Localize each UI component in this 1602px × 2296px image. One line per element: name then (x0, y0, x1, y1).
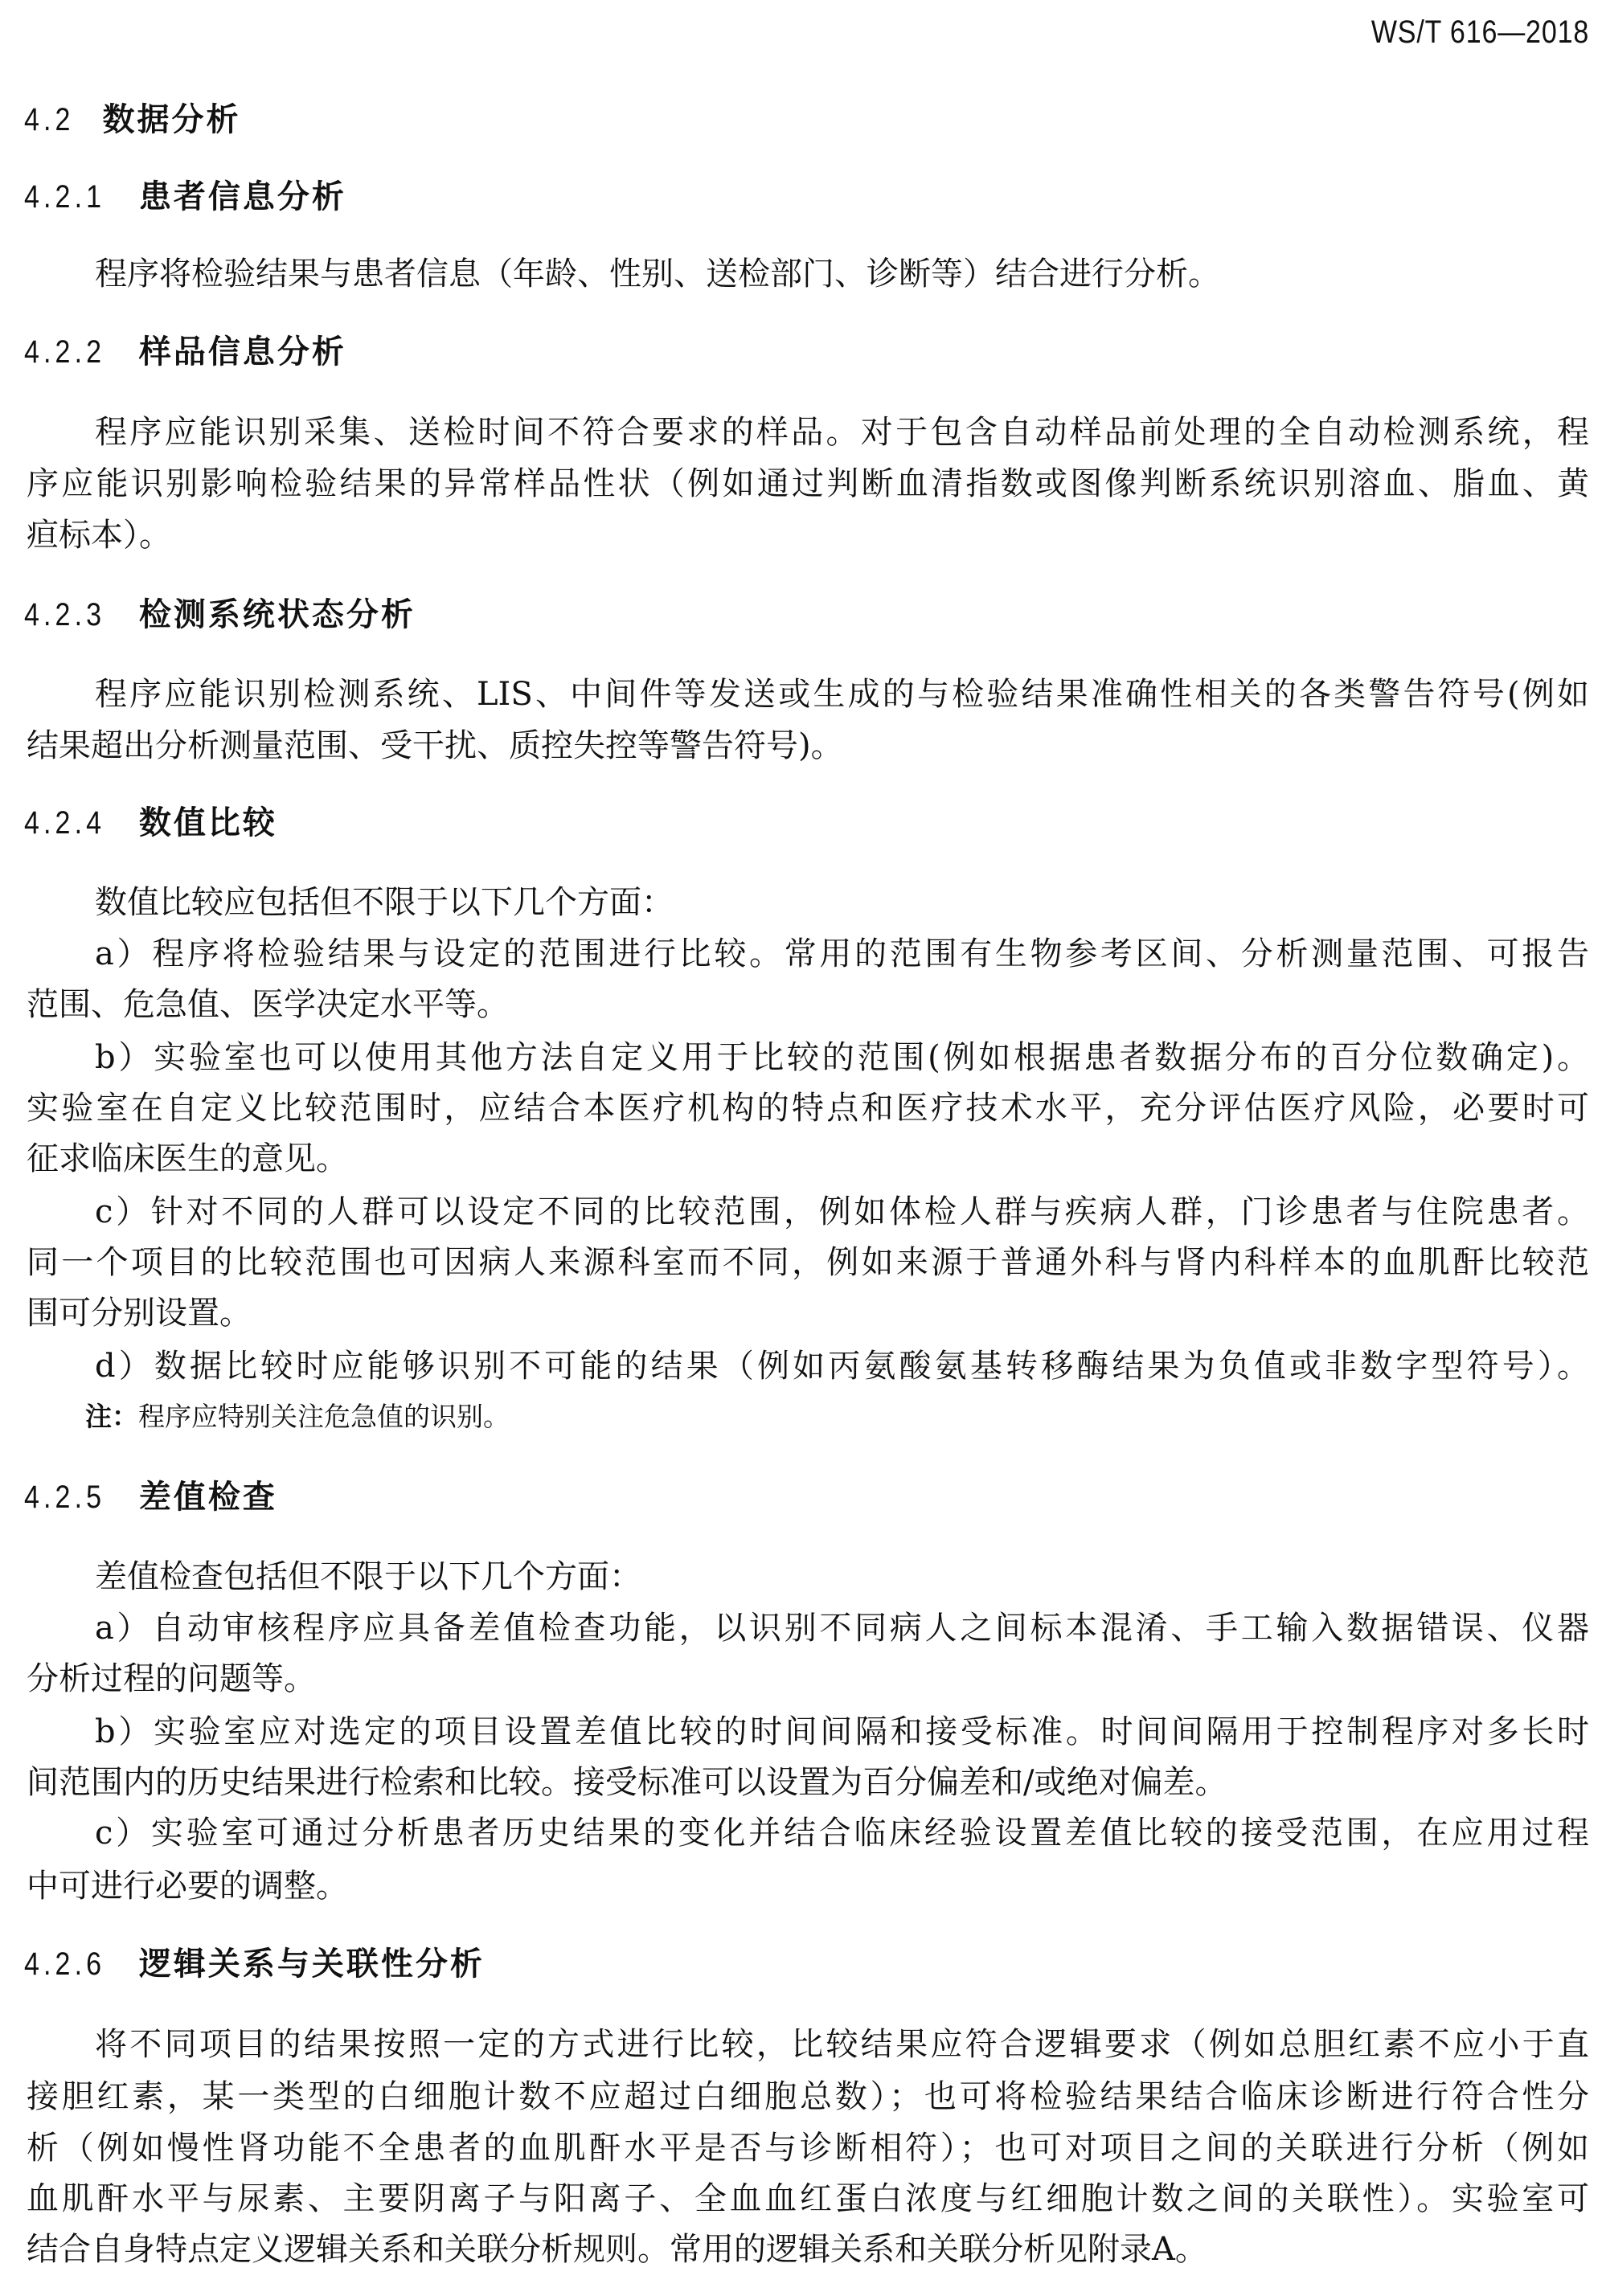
section-heading-4-2-3: 4.2.3 检测系统状态分析 (24, 595, 416, 635)
section-heading-4-2: 4.2 数据分析 (24, 100, 241, 140)
paragraph-line: 序应能识别影响检验结果的异常样品性状（例如通过判断血清指数或图像判断系统识别溶血… (27, 464, 1589, 504)
paragraph-line: 差值检查包括但不限于以下几个方面： (95, 1557, 1589, 1597)
section-title: 患者信息分析 (139, 177, 346, 217)
section-number: 4.2.6 (24, 1944, 105, 1984)
section-title: 逻辑关系与关联性分析 (139, 1944, 485, 1984)
paragraph-line: 疸标本）。 (27, 515, 1589, 555)
list-item-a: a）自动审核程序应具备差值检查功能，以识别不同病人之间标本混淆、手工输入数据错误… (95, 1608, 1589, 1648)
paragraph-line: 血肌酐水平与尿素、主要阴离子与阳离子、全血血红蛋白浓度与红细胞计数之间的关联性）… (27, 2179, 1589, 2219)
section-number: 4.2.4 (24, 803, 105, 843)
section-heading-4-2-4: 4.2.4 数值比较 (24, 803, 277, 843)
paragraph-line: 同一个项目的比较范围也可因病人来源科室而不同，例如来源于普通外科与肾内科样本的血… (27, 1242, 1589, 1283)
note: 注：程序应特别关注危急值的识别。 (85, 1399, 510, 1434)
section-title: 差值检查 (139, 1477, 277, 1517)
paragraph-line: 围可分别设置。 (27, 1293, 1589, 1333)
list-item-b: b）实验室也可以使用其他方法自定义用于比较的范围(例如根据患者数据分布的百分位数… (95, 1037, 1589, 1078)
paragraph-line: 程序将检验结果与患者信息（年龄、性别、送检部门、诊断等）结合进行分析。 (95, 254, 1589, 294)
paragraph-line: 范围、危急值、医学决定水平等。 (27, 984, 1589, 1025)
paragraph-line: 析（例如慢性肾功能不全患者的血肌酐水平是否与诊断相符）；也可对项目之间的关联进行… (27, 2128, 1589, 2168)
section-number: 4.2.3 (24, 595, 105, 635)
list-item-d: d）数据比较时应能够识别不可能的结果（例如丙氨酸氨基转移酶结果为负值或非数字型符… (95, 1346, 1589, 1386)
section-number: 4.2.1 (24, 177, 105, 217)
paragraph-line: 数值比较应包括但不限于以下几个方面： (95, 882, 1589, 923)
paragraph-line: 实验室在自定义比较范围时，应结合本医疗机构的特点和医疗技术水平，充分评估医疗风险… (27, 1088, 1589, 1128)
section-title: 检测系统状态分析 (139, 595, 416, 635)
section-heading-4-2-2: 4.2.2 样品信息分析 (24, 332, 346, 372)
section-title: 样品信息分析 (139, 332, 346, 372)
section-number: 4.2.2 (24, 332, 105, 372)
section-heading-4-2-1: 4.2.1 患者信息分析 (24, 177, 346, 217)
paragraph-line: 分析过程的问题等。 (27, 1659, 1589, 1699)
paragraph-line: 征求临床医生的意见。 (27, 1139, 1589, 1179)
paragraph-line: 接胆红素，某一类型的白细胞计数不应超过白细胞总数）；也可将检验结果结合临床诊断进… (27, 2077, 1589, 2117)
paragraph-line: 程序应能识别采集、送检时间不符合要求的样品。对于包含自动样品前处理的全自动检测系… (95, 412, 1589, 452)
paragraph-line: 程序应能识别检测系统、LIS、中间件等发送或生成的与检验结果准确性相关的各类警告… (95, 674, 1589, 714)
section-number: 4.2.5 (24, 1477, 105, 1517)
note-label: 注： (85, 1401, 138, 1432)
note-text: 程序应特别关注危急值的识别。 (138, 1401, 510, 1432)
section-heading-4-2-6: 4.2.6 逻辑关系与关联性分析 (24, 1944, 485, 1984)
section-heading-4-2-5: 4.2.5 差值检查 (24, 1477, 277, 1517)
section-number: 4.2 (24, 100, 75, 140)
paragraph-line: 结合自身特点定义逻辑关系和关联分析规则。常用的逻辑关系和关联分析见附录A。 (27, 2229, 1589, 2269)
list-item-b: b）实验室应对选定的项目设置差值比较的时间间隔和接受标准。时间间隔用于控制程序对… (95, 1712, 1589, 1752)
section-title: 数据分析 (103, 100, 241, 140)
section-title: 数值比较 (139, 803, 277, 843)
list-item-a: a）程序将检验结果与设定的范围进行比较。常用的范围有生物参考区间、分析测量范围、… (95, 934, 1589, 974)
document-id-header: WS/T 616—2018 (1371, 14, 1589, 51)
list-item-c: c）针对不同的人群可以设定不同的比较范围，例如体检人群与疾病人群，门诊患者与住院… (95, 1192, 1589, 1232)
list-item-c: c）实验室可通过分析患者历史结果的变化并结合临床经验设置差值比较的接受范围，在应… (95, 1813, 1589, 1853)
paragraph-line: 间范围内的历史结果进行检索和比较。接受标准可以设置为百分偏差和/或绝对偏差。 (27, 1762, 1589, 1803)
paragraph-line: 将不同项目的结果按照一定的方式进行比较，比较结果应符合逻辑要求（例如总胆红素不应… (95, 2024, 1589, 2065)
paragraph-line: 结果超出分析测量范围、受干扰、质控失控等警告符号)。 (27, 726, 1589, 766)
paragraph-line: 中可进行必要的调整。 (27, 1866, 1589, 1906)
